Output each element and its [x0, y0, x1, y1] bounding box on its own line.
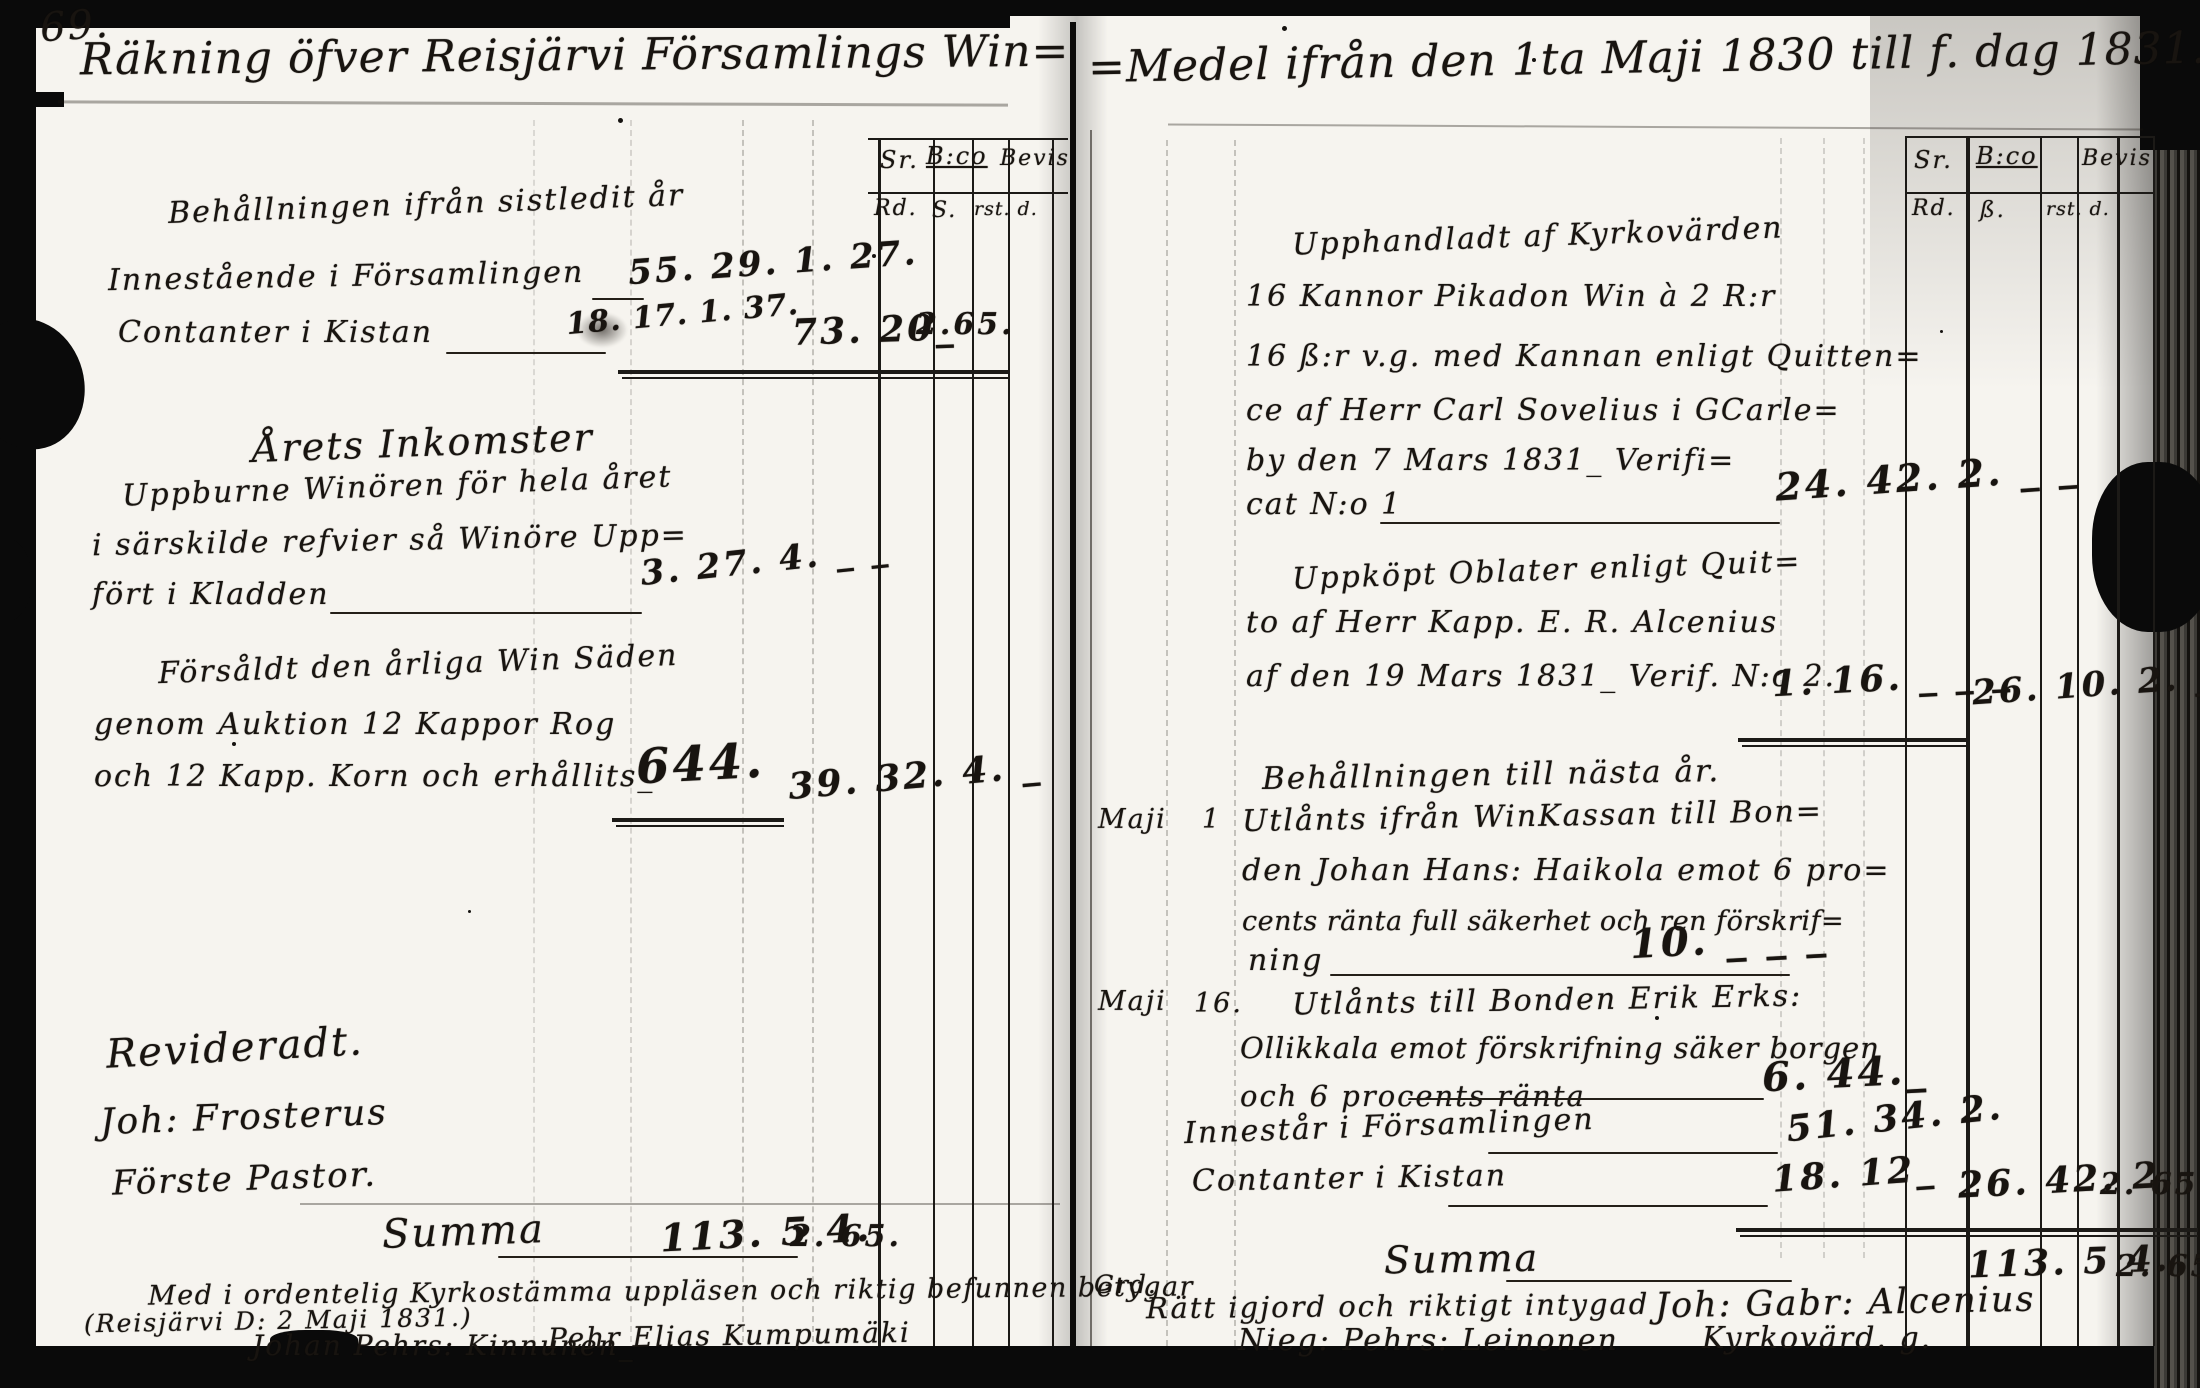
- column-subheader: rst. d.: [2046, 200, 2110, 219]
- ink-speck: [1282, 26, 1287, 31]
- top-edge-left: [0, 0, 1010, 28]
- entry-line: den Johan Hans: Haikola emot 6 pro=: [1242, 856, 1891, 886]
- summa-amount: 2. 65: [2116, 1252, 2200, 1282]
- ledger-scan: Sr. B:co Bevis Rd. S. rst. d. Sr. B:co B…: [0, 0, 2200, 1388]
- column-subheader: Rd.: [1912, 198, 1956, 220]
- entry-line: ce af Herr Carl Sovelius i GCarle=: [1246, 396, 1841, 426]
- amount: 644.: [635, 737, 766, 792]
- column-header-rule: [1905, 192, 2155, 194]
- ink-speck: [1940, 330, 1943, 333]
- signature: Joh: Frosterus: [99, 1095, 388, 1141]
- column-header: B:co: [1976, 144, 2038, 168]
- entry-line: Utlånts till Bonden Erik Erks:: [1292, 982, 1803, 1021]
- summa-amount: 2. 65.: [790, 1222, 902, 1252]
- leader-line: [1408, 1098, 1764, 1100]
- margin-day: 16.: [1194, 990, 1243, 1017]
- leader-line: [1330, 974, 1790, 976]
- witness-signature: Pehr Elias Kumpumäki: [548, 1319, 911, 1353]
- double-rule: [1742, 745, 1970, 747]
- leader-line: [1448, 1205, 1768, 1207]
- summa-label: Summa: [1384, 1239, 1540, 1280]
- signature-title: Förste Pastor.: [111, 1157, 377, 1200]
- leader-line: [446, 352, 606, 354]
- ink-speck: [872, 254, 876, 258]
- double-rule: [1738, 738, 1970, 742]
- signature: Joh: Gabr: Alcenius: [1655, 1283, 2036, 1325]
- entry-line: och 12 Kapp. Korn och erhållits_: [94, 762, 654, 792]
- ink-speck: [232, 742, 236, 746]
- ink-smudge: [576, 312, 628, 348]
- column-header: B:co: [926, 144, 988, 168]
- entry-line: af den 19 Mars 1831_ Verif. N:o 2.: [1246, 662, 1836, 692]
- date-column-rule: [1166, 140, 1168, 1346]
- entry-line: fört i Kladden: [92, 580, 330, 610]
- gutter-line: [1070, 22, 1076, 1348]
- binding-blob-right: [2092, 462, 2200, 632]
- column-header-rule: [868, 138, 1068, 140]
- summa-label: Summa: [381, 1209, 545, 1255]
- column-subheader: ß.: [1980, 200, 2006, 222]
- column-subheader: Rd.: [874, 198, 918, 220]
- column-header: Sr.: [880, 148, 919, 172]
- entry-line: Innestående i Församlingen: [108, 258, 585, 296]
- entry-line: ning: [1248, 946, 1323, 976]
- page-margin-rule: [1090, 130, 1092, 1346]
- entry-line: 16 Kannor Pikadon Win à 2 R:r: [1246, 282, 1776, 312]
- witness-signature: Nieg: Pehrs: Leinonen: [1238, 1326, 1619, 1356]
- ink-speck: [1655, 1016, 1659, 1020]
- column-header-rule: [868, 192, 1068, 194]
- column-header-rule: [1905, 136, 2155, 138]
- leader-line: [330, 612, 642, 614]
- amount: 2.65.: [916, 310, 1015, 340]
- leader-line: [592, 298, 644, 300]
- margin-date: Maji: [1098, 988, 1167, 1015]
- margin-date: Maji: [1098, 806, 1167, 833]
- ink-speck: [468, 910, 471, 913]
- ink-speck: [1532, 58, 1536, 62]
- ink-speck: [618, 118, 623, 123]
- faint-rule: [300, 1203, 1060, 1205]
- double-rule: [1736, 1228, 2198, 1232]
- amount: 10. _ _ _: [1629, 915, 1829, 965]
- money-column-rule: [1052, 138, 1054, 1346]
- leader-line: [1506, 1280, 1792, 1282]
- entry-line: 16 ß:r v.g. med Kannan enligt Quitten=: [1246, 342, 1922, 372]
- column-header: Sr.: [1914, 148, 1953, 172]
- column-header: Bevis: [2082, 148, 2152, 170]
- faint-column-guide: [812, 120, 814, 1342]
- section-heading: Behållningen till nästa år.: [1262, 756, 1721, 795]
- double-rule: [612, 818, 784, 822]
- leader-line: [1488, 1152, 1778, 1154]
- amount: 6. 44._: [1761, 1050, 1929, 1099]
- double-rule: [622, 377, 1008, 379]
- double-rule: [618, 370, 1008, 374]
- entry-line: cat N:o 1: [1246, 490, 1402, 520]
- entry-line: Contanter i Kistan: [1192, 1161, 1508, 1196]
- column-header: Bevis: [1000, 148, 1070, 170]
- section-heading: Årets Inkomster: [251, 418, 594, 468]
- entry-line: to af Herr Kapp. E. R. Alcenius: [1246, 608, 1778, 638]
- signature-title: Kyrkovärd. g.: [1702, 1324, 1932, 1354]
- leader-line: [498, 1256, 798, 1258]
- double-rule: [616, 825, 784, 827]
- page-title-left: Räkning öfver Reisjärvi Församlings Win=: [80, 30, 1070, 83]
- amount: 18. 12_: [1771, 1150, 1937, 1197]
- column-subheader: S.: [932, 200, 957, 222]
- left-edge: [0, 0, 36, 1388]
- left-edge-mark: [0, 92, 64, 107]
- attestation-line: Rätt igjord och riktigt intygad: [1146, 1290, 1650, 1323]
- column-subheader: rst. d.: [974, 200, 1038, 219]
- entry-line: by den 7 Mars 1831_ Verifi=: [1246, 446, 1735, 476]
- margin-day: 1: [1202, 806, 1221, 833]
- leader-line: [1380, 522, 1780, 524]
- double-rule: [1740, 1235, 2198, 1237]
- amount: 2. 65.: [2100, 1170, 2200, 1200]
- entry-line: genom Auktion 12 Kappor Rog: [94, 710, 616, 740]
- entry-line: Contanter i Kistan: [118, 318, 433, 348]
